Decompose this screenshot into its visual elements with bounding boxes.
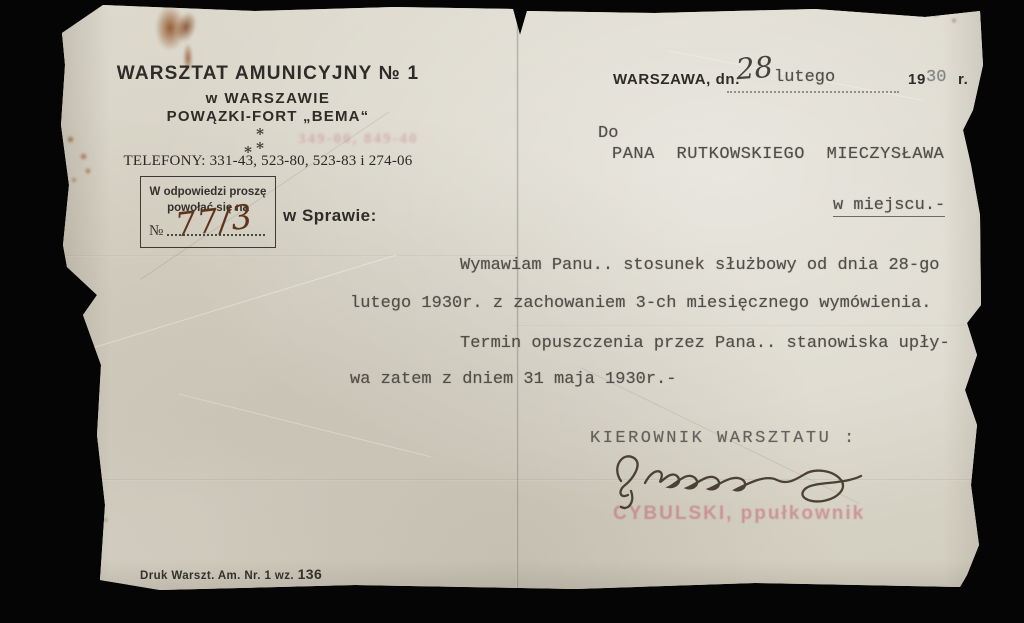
reference-box-line1: W odpowiedzi proszę [141,184,275,200]
rust-speck [93,443,99,449]
rust-stain [155,5,185,51]
horizontal-crease [510,325,987,327]
rust-speck [79,153,88,160]
scanned-document-view: WARSZTAT AMUNICYJNY № 1 w WARSZAWIE POWĄ… [0,0,1024,623]
rust-speck [931,11,940,17]
letterhead-company-name: WARSZTAT AMUNICYJNY № 1 [113,63,423,85]
rust-speck [71,177,77,183]
year-suffix: r. [958,71,968,88]
letterhead-city: w WARSZAWIE [113,90,423,107]
typed-year: 30 [926,68,946,87]
typed-month: lutego [774,68,835,87]
handwritten-signature [607,441,877,519]
print-form-number: Druk Warszt. Am. Nr. 1 wz. 136 [140,566,322,582]
numero-sign: № [149,223,163,239]
recipient-salutation: Do [598,124,618,143]
rust-speck [85,167,91,175]
printed-century: 19 [908,71,926,88]
footer-text: Druk Warszt. Am. Nr. 1 wz. [140,570,294,582]
body-line: lutego 1930r. z zachowaniem 3-ch miesięc… [350,294,932,313]
handwritten-day: 28 [735,50,774,86]
dateline-city: WARSZAWA, dn. [613,71,740,88]
body-line: Termin opuszczenia przez Pana.. stanowis… [460,334,950,353]
rust-speck [67,135,74,144]
faded-overprint-text: 349-00, 849-40 [298,131,528,148]
diagonal-crease [179,394,432,458]
recipient-name: PANA RUTKOWSKIEGO MIECZYSŁAWA [612,145,944,164]
recipient-location: w miejscu.- [833,196,945,217]
horizontal-crease [55,255,515,257]
subject-label: w Sprawie: [283,206,377,226]
rust-speck [951,18,957,23]
diagonal-crease [33,254,397,366]
rust-speck [103,517,108,523]
rust-stain [172,9,201,46]
paper-sheet: WARSZTAT AMUNICYJNY № 1 w WARSZAWIE POWĄ… [55,5,987,590]
footer-number: 136 [298,566,323,582]
body-line: Wymawiam Panu.. stosunek służbowy od dni… [460,256,939,275]
body-line: wa zatem z dniem 31 maja 1930r.- [350,370,676,389]
letterhead-phones: TELEFONY: 331-43, 523-80, 523-83 i 274-0… [113,153,423,170]
letterhead-location: POWĄZKI-FORT „BEMA“ [113,108,423,125]
